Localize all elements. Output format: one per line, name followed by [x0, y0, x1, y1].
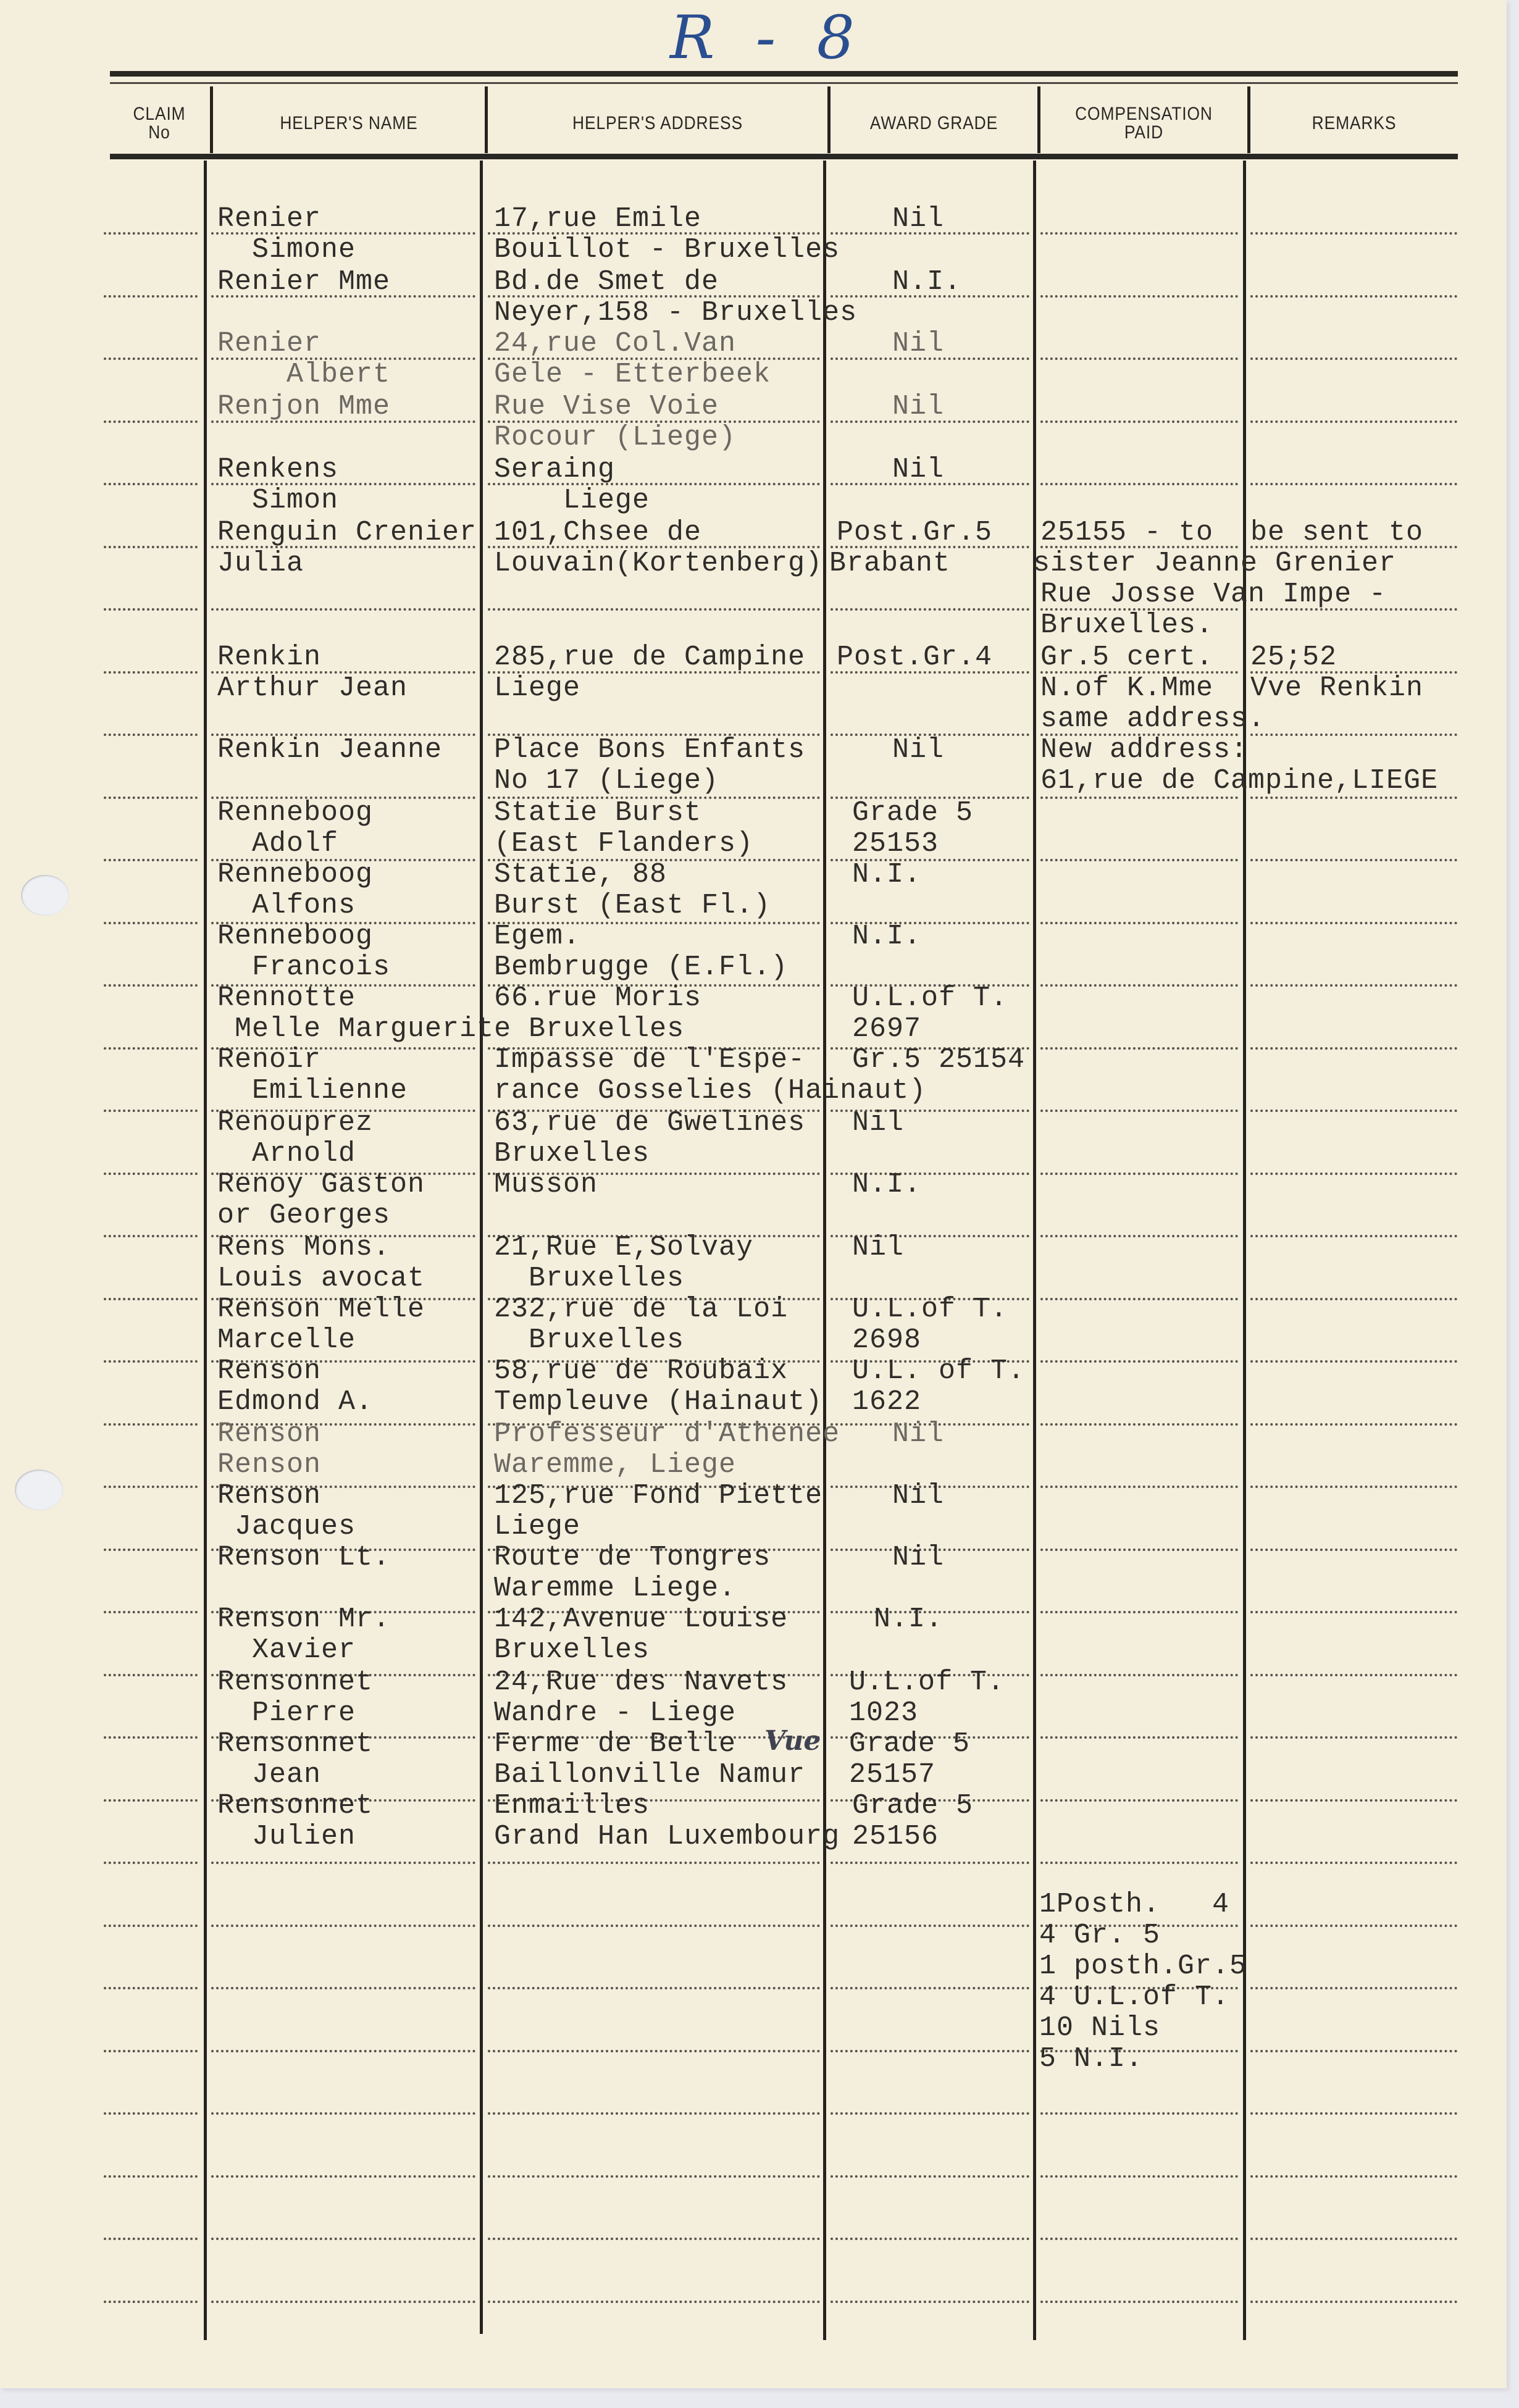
row-guide-line — [104, 671, 198, 674]
row-guide-line — [1250, 984, 1457, 987]
row-guide-line — [1040, 2301, 1238, 2303]
helper-address-line: Neyer,158 - Bruxelles — [494, 298, 857, 328]
helper-address-line: Bruxelles — [494, 1263, 684, 1294]
row-guide-line — [1250, 420, 1457, 423]
remarks-line: be sent to — [1250, 517, 1423, 548]
row-guide-line — [1040, 1360, 1238, 1363]
helper-name-line: Renneboog — [217, 921, 373, 952]
header-separator — [485, 86, 488, 153]
row-guide-line — [488, 2112, 820, 2115]
row-guide-line — [104, 1173, 198, 1175]
helper-name-line: Renkens — [217, 454, 338, 485]
row-guide-line — [211, 2050, 475, 2052]
helper-address-line: 63,rue de Gwelines — [494, 1108, 805, 1139]
row-guide-line — [1250, 922, 1457, 924]
row-guide-line — [1040, 1549, 1238, 1551]
row-guide-line — [104, 1423, 198, 1426]
helper-name-line: Pierre — [217, 1698, 356, 1729]
row-guide-line — [104, 420, 198, 423]
award-grade-line: 25156 — [852, 1821, 939, 1852]
compensation-paid-line: same address. — [1040, 704, 1265, 735]
helper-address-line: Grand Han Luxembourg — [494, 1821, 840, 1852]
row-guide-line — [104, 984, 198, 987]
column-rule — [204, 161, 207, 2340]
row-guide-line — [1250, 295, 1457, 298]
helper-address-line: 24,rue Col.Van — [494, 328, 736, 359]
helper-address-line: Wandre - Liege — [494, 1698, 736, 1729]
helper-address-line: Bruxelles — [494, 1325, 684, 1356]
helper-name-line: Louis avocat — [217, 1263, 425, 1294]
award-grade-line: Nil — [892, 204, 944, 235]
compensation-paid-line: Rue Josse Van Impe - — [1040, 579, 1386, 610]
helper-address-line: 58,rue de Roubaix — [494, 1356, 788, 1387]
handwritten-reference: R - 8 — [670, 3, 866, 72]
column-rule — [480, 161, 483, 2334]
award-grade-line: Grade 5 — [852, 798, 973, 829]
row-guide-line — [1040, 232, 1238, 235]
award-grade-line: N.I. — [874, 1604, 943, 1635]
helper-address-line: Waremme, Liege — [494, 1450, 736, 1481]
row-guide-line — [104, 608, 198, 611]
row-guide-line — [1040, 984, 1238, 987]
header-helpers-name: HELPER'S NAME — [229, 93, 468, 154]
row-guide-line — [211, 1925, 475, 1927]
row-guide-line — [104, 2301, 198, 2303]
helper-address-line: Rocour (Liege) — [494, 422, 736, 453]
helper-name-line: Renjon Mme — [217, 391, 390, 422]
row-guide-line — [1040, 2175, 1238, 2178]
award-grade-line: 25157 — [849, 1760, 935, 1791]
helper-address-line: Bouillot - Bruxelles — [494, 235, 840, 265]
helper-name-line: Rens Mons. — [217, 1232, 390, 1263]
helper-name-line: Francois — [217, 952, 390, 983]
row-guide-line — [1250, 2050, 1457, 2052]
helper-address-line: Rue Vise Voie — [494, 391, 719, 422]
header-top-rule — [110, 71, 1458, 77]
helper-name-line: Renoy Gaston — [217, 1169, 425, 1200]
compensation-paid-line: New address: — [1040, 735, 1248, 766]
helper-address-line: Bd.de Smet de — [494, 267, 719, 298]
row-guide-line — [104, 1611, 198, 1613]
award-grade-line: Brabant — [829, 548, 950, 579]
header-helpers-address: HELPER'S ADDRESS — [508, 93, 807, 154]
helper-name-line: Rensonnet — [217, 1667, 373, 1698]
header-compensation-paid: COMPENSATION PAID — [1053, 93, 1235, 154]
header-claim-no: CLAIM No — [116, 93, 203, 154]
helper-name-line: Julia — [217, 548, 304, 579]
row-guide-line — [1250, 796, 1457, 799]
helper-name-line: Renguin Crenier — [217, 517, 477, 548]
row-guide-line — [104, 1360, 198, 1363]
row-guide-line — [1040, 1298, 1238, 1300]
helper-address-line: 232,rue de la Loi — [494, 1294, 788, 1325]
helper-name-line: Rensonnet — [217, 1729, 373, 1760]
award-grade-line: 2697 — [852, 1014, 921, 1045]
helper-address-line: Place Bons Enfants — [494, 735, 805, 766]
row-guide-line — [104, 796, 198, 799]
helper-address-line: Bembrugge (E.Fl.) — [494, 952, 788, 983]
summary-line: 1 posth.Gr.5 — [1039, 1951, 1247, 1982]
header-separator — [1247, 86, 1250, 153]
row-guide-line — [211, 2175, 475, 2178]
helper-name-line: Renneboog — [217, 798, 373, 829]
row-guide-line — [104, 2175, 198, 2178]
award-grade-line: Nil — [892, 735, 944, 766]
header-separator — [1037, 86, 1040, 153]
helper-address-line: Ferme de Belle — [494, 1729, 736, 1760]
row-guide-line — [1250, 232, 1457, 235]
helper-name-line: Renson Mr. — [217, 1604, 390, 1635]
row-guide-line — [1250, 1110, 1457, 1112]
helper-name-line: Renson Melle — [217, 1294, 425, 1325]
helper-address-line: Bruxelles — [494, 1635, 650, 1666]
helper-address-line: Liege — [494, 1511, 580, 1542]
row-guide-line — [104, 1235, 198, 1237]
helper-name-line: Simone — [217, 235, 356, 265]
row-guide-line — [1040, 922, 1238, 924]
row-guide-line — [831, 1862, 1029, 1864]
award-grade-line: Nil — [892, 1481, 944, 1511]
row-guide-line — [104, 859, 198, 861]
award-grade-line: U.L.of T. — [852, 1294, 1008, 1325]
row-guide-line — [1250, 2112, 1457, 2115]
punch-hole-bottom — [15, 1469, 63, 1510]
helper-name-line: Arthur Jean — [217, 673, 408, 704]
helper-name-line: Renier — [217, 328, 321, 359]
row-guide-line — [831, 1925, 1029, 1927]
row-guide-line — [211, 2301, 475, 2303]
award-grade-line: Nil — [892, 1542, 944, 1573]
helper-address-line: Seraing — [494, 454, 615, 485]
award-grade-line: U.L.of T. — [852, 983, 1008, 1014]
row-guide-line — [1250, 1173, 1457, 1175]
helper-address-line: rance Gosselies (Hainaut) — [494, 1076, 926, 1106]
award-grade-line: 1023 — [849, 1698, 918, 1729]
helper-name-line: Emilienne — [217, 1076, 408, 1106]
helper-address-line: Bruxelles — [494, 1139, 650, 1169]
row-guide-line — [831, 1987, 1029, 1989]
row-guide-line — [1250, 1549, 1457, 1551]
helper-name-line: Renouprez — [217, 1108, 373, 1139]
helper-name-line: Albert — [217, 359, 390, 390]
row-guide-line — [488, 2175, 820, 2178]
helper-address-line: Burst (East Fl.) — [494, 890, 771, 921]
row-guide-line — [488, 1925, 820, 1927]
helper-name-line: Renier — [217, 204, 321, 235]
row-guide-line — [1250, 1423, 1457, 1426]
row-guide-line — [1040, 859, 1238, 861]
helper-name-line: Renoir — [217, 1045, 321, 1076]
row-guide-line — [104, 546, 198, 548]
helper-name-line: Rensonnet — [217, 1791, 373, 1821]
row-guide-line — [104, 2050, 198, 2052]
helper-name-line: Renson — [217, 1481, 321, 1511]
row-guide-line — [831, 608, 1029, 611]
remarks-line: 25;52 — [1250, 642, 1337, 673]
row-guide-line — [1040, 2238, 1238, 2240]
row-guide-line — [488, 608, 820, 611]
helper-name-line: Jacques — [217, 1511, 356, 1542]
helper-name-line: Renson Lt. — [217, 1542, 390, 1573]
award-grade-line: Nil — [852, 1232, 904, 1263]
helper-address-line: Liege — [494, 673, 580, 704]
helper-address-line: Statie Burst — [494, 798, 701, 829]
row-guide-line — [1040, 357, 1238, 360]
row-guide-line — [211, 608, 475, 611]
helper-address-line: Gele - Etterbeek — [494, 359, 771, 390]
row-guide-line — [1040, 1736, 1238, 1739]
row-guide-line — [104, 357, 198, 360]
row-guide-line — [1250, 357, 1457, 360]
row-guide-line — [1250, 2175, 1457, 2178]
row-guide-line — [104, 922, 198, 924]
helper-name-line: Simon — [217, 485, 338, 516]
row-guide-line — [831, 2112, 1029, 2115]
row-guide-line — [104, 1486, 198, 1488]
award-grade-line: Grade 5 — [849, 1729, 970, 1760]
row-guide-line — [1250, 1611, 1457, 1613]
helper-name-line: Xavier — [217, 1635, 356, 1666]
row-guide-line — [831, 2238, 1029, 2240]
helper-name-line: Renkin — [217, 642, 321, 673]
summary-line: 4 Gr. 5 — [1039, 1920, 1160, 1951]
row-guide-line — [1040, 1110, 1238, 1112]
header-remarks: REMARKS — [1263, 93, 1446, 154]
row-guide-line — [1040, 1235, 1238, 1237]
award-grade-line: Nil — [892, 328, 944, 359]
helper-name-line: Arnold — [217, 1139, 356, 1169]
row-guide-line — [104, 2112, 198, 2115]
helper-address-line: Statie, 88 — [494, 859, 667, 890]
column-rule — [823, 161, 826, 2340]
helper-name-line: Renson — [217, 1356, 321, 1387]
header-bottom-rule — [110, 154, 1458, 159]
helper-address-line: Musson — [494, 1169, 598, 1200]
row-guide-line — [1040, 1423, 1238, 1426]
helper-address-line: Waremme Liege. — [494, 1573, 736, 1604]
helper-address-line: No 17 (Liege) — [494, 766, 719, 796]
row-guide-line — [1040, 1486, 1238, 1488]
row-guide-line — [1250, 1360, 1457, 1363]
row-guide-line — [211, 2112, 475, 2115]
column-rule — [1243, 161, 1246, 2340]
row-guide-line — [1250, 1736, 1457, 1739]
row-guide-line — [1250, 2301, 1457, 2303]
row-guide-line — [1040, 1799, 1238, 1802]
award-grade-line: Gr.5 25154 — [852, 1045, 1025, 1076]
row-guide-line — [1250, 734, 1457, 736]
award-grade-line: Nil — [852, 1108, 904, 1139]
row-guide-line — [104, 1047, 198, 1050]
compensation-paid-line: 61,rue de Campine,LIEGE — [1040, 766, 1438, 796]
award-grade-line: 1622 — [852, 1387, 921, 1418]
helper-name-line: Julien — [217, 1821, 356, 1852]
helper-address-line: Louvain(Kortenberg) — [494, 548, 822, 579]
remarks-line: Grenier — [1275, 548, 1396, 579]
row-guide-line — [211, 2238, 475, 2240]
row-guide-line — [104, 2238, 198, 2240]
summary-line: 10 Nils — [1039, 2013, 1160, 2044]
helper-name-line: Renson — [217, 1419, 321, 1450]
row-guide-line — [1040, 420, 1238, 423]
helper-address-line: Impasse de l'Espe- — [494, 1045, 805, 1076]
row-guide-line — [488, 2238, 820, 2240]
helper-address-line: Templeuve (Hainaut) — [494, 1387, 822, 1418]
helper-address-line: Baillonville Namur — [494, 1760, 805, 1791]
helper-address-line: 285,rue de Campine — [494, 642, 805, 673]
compensation-paid-line: 25155 - to — [1040, 517, 1213, 548]
helper-name-line: Adolf — [217, 829, 338, 859]
column-rule — [1033, 161, 1036, 2340]
handwritten-annotation: Vue — [764, 1725, 821, 1757]
row-guide-line — [104, 1987, 198, 1989]
row-guide-line — [831, 2301, 1029, 2303]
helper-address-line: 17,rue Emile — [494, 204, 701, 235]
helper-address-line: 142,Avenue Louise — [494, 1604, 788, 1635]
helper-name-line: Renneboog — [217, 859, 373, 890]
row-guide-line — [1250, 2238, 1457, 2240]
row-guide-line — [1040, 1674, 1238, 1676]
helper-name-line: or Georges — [217, 1200, 390, 1231]
header-award-grade: AWARD GRADE — [843, 93, 1025, 154]
award-grade-line: U.L.of T. — [849, 1667, 1005, 1698]
row-guide-line — [1250, 1298, 1457, 1300]
award-grade-line: Nil — [892, 1419, 944, 1450]
header-separator — [827, 86, 831, 153]
helper-name-line: Rennotte — [217, 983, 356, 1014]
row-guide-line — [211, 1862, 475, 1864]
award-grade-line: 2698 — [852, 1325, 921, 1356]
row-guide-line — [831, 2050, 1029, 2052]
row-guide-line — [104, 1549, 198, 1551]
row-guide-line — [1250, 1674, 1457, 1676]
helper-address-line: Egem. — [494, 921, 580, 952]
row-guide-line — [1040, 483, 1238, 485]
row-guide-line — [1250, 1799, 1457, 1802]
helper-address-line: 21,Rue E,Solvay — [494, 1232, 753, 1263]
summary-line: 4 U.L.of T. — [1039, 1982, 1229, 2013]
helper-name-line: Renson — [217, 1450, 321, 1481]
row-guide-line — [1250, 483, 1457, 485]
row-guide-line — [1250, 1235, 1457, 1237]
helper-name-line: Alfons — [217, 890, 356, 921]
row-guide-line — [1040, 1611, 1238, 1613]
row-guide-line — [488, 2301, 820, 2303]
row-guide-line — [1250, 1486, 1457, 1488]
award-grade-line: U.L. of T. — [852, 1356, 1025, 1387]
helper-address-line: Professeur d'Athenee — [494, 1419, 840, 1450]
helper-name-line: Melle Marguerite Bruxelles — [217, 1014, 684, 1045]
row-guide-line — [104, 1110, 198, 1112]
row-guide-line — [104, 1674, 198, 1676]
row-guide-line — [1250, 1925, 1457, 1927]
helper-address-line: 66.rue Moris — [494, 983, 701, 1014]
award-grade-line: 25153 — [852, 829, 939, 859]
compensation-paid-line: sister Jeanne — [1033, 548, 1258, 579]
row-guide-line — [1250, 1987, 1457, 1989]
row-guide-line — [104, 483, 198, 485]
row-guide-line — [1250, 1862, 1457, 1864]
row-guide-line — [1250, 859, 1457, 861]
summary-line: 5 N.I. — [1039, 2044, 1143, 2075]
row-guide-line — [104, 232, 198, 235]
helper-address-line: Enmailles — [494, 1791, 650, 1821]
compensation-paid-line: Bruxelles. — [1040, 610, 1213, 641]
ledger-sheet: R - 8 CLAIM No HELPER'S NAME HELPER'S AD… — [0, 0, 1507, 2388]
header-separator — [210, 86, 213, 153]
compensation-paid-line: N.of K.Mme — [1040, 673, 1213, 704]
award-grade-line: N.I. — [892, 267, 961, 298]
row-guide-line — [104, 1862, 198, 1864]
helper-address-line: 24,Rue des Navets — [494, 1667, 788, 1698]
row-guide-line — [488, 2050, 820, 2052]
row-guide-line — [1040, 1862, 1238, 1864]
award-grade-line: Post.Gr.4 — [837, 642, 992, 673]
award-grade-line: N.I. — [852, 1169, 921, 1200]
punch-hole-top — [21, 875, 69, 916]
row-guide-line — [1250, 1047, 1457, 1050]
summary-line: 1Posth. 4 — [1039, 1889, 1229, 1920]
helper-address-line: 101,Chsee de — [494, 517, 701, 548]
row-guide-line — [104, 1298, 198, 1300]
remarks-line: Vve Renkin — [1250, 673, 1423, 704]
row-guide-line — [831, 2175, 1029, 2178]
row-guide-line — [104, 295, 198, 298]
award-grade-line: Grade 5 — [852, 1791, 973, 1821]
row-guide-line — [211, 1987, 475, 1989]
row-guide-line — [104, 1736, 198, 1739]
helper-name-line: Jean — [217, 1760, 321, 1791]
award-grade-line: Nil — [892, 454, 944, 485]
row-guide-line — [104, 1925, 198, 1927]
row-guide-line — [104, 1799, 198, 1802]
helper-name-line: Renier Mme — [217, 267, 390, 298]
header-top-thin-rule — [110, 82, 1458, 84]
row-guide-line — [1040, 295, 1238, 298]
helper-name-line: Marcelle — [217, 1325, 356, 1356]
helper-address-line: 125,rue Fond Piette — [494, 1481, 822, 1511]
row-guide-line — [488, 1987, 820, 1989]
award-grade-line: N.I. — [852, 859, 921, 890]
award-grade-line: N.I. — [852, 921, 921, 952]
helper-address-line: Liege — [494, 485, 650, 516]
row-guide-line — [1040, 1173, 1238, 1175]
helper-name-line: Renkin Jeanne — [217, 735, 442, 766]
helper-name-line: Edmond A. — [217, 1387, 373, 1418]
helper-address-line: Route de Tongres — [494, 1542, 771, 1573]
row-guide-line — [104, 734, 198, 736]
row-guide-line — [1040, 2112, 1238, 2115]
compensation-paid-line: Gr.5 cert. — [1040, 642, 1213, 673]
row-guide-line — [1040, 796, 1238, 799]
award-grade-line: Nil — [892, 391, 944, 422]
row-guide-line — [1040, 1047, 1238, 1050]
row-guide-line — [488, 1862, 820, 1864]
award-grade-line: Post.Gr.5 — [837, 517, 992, 548]
helper-address-line: (East Flanders) — [494, 829, 753, 859]
